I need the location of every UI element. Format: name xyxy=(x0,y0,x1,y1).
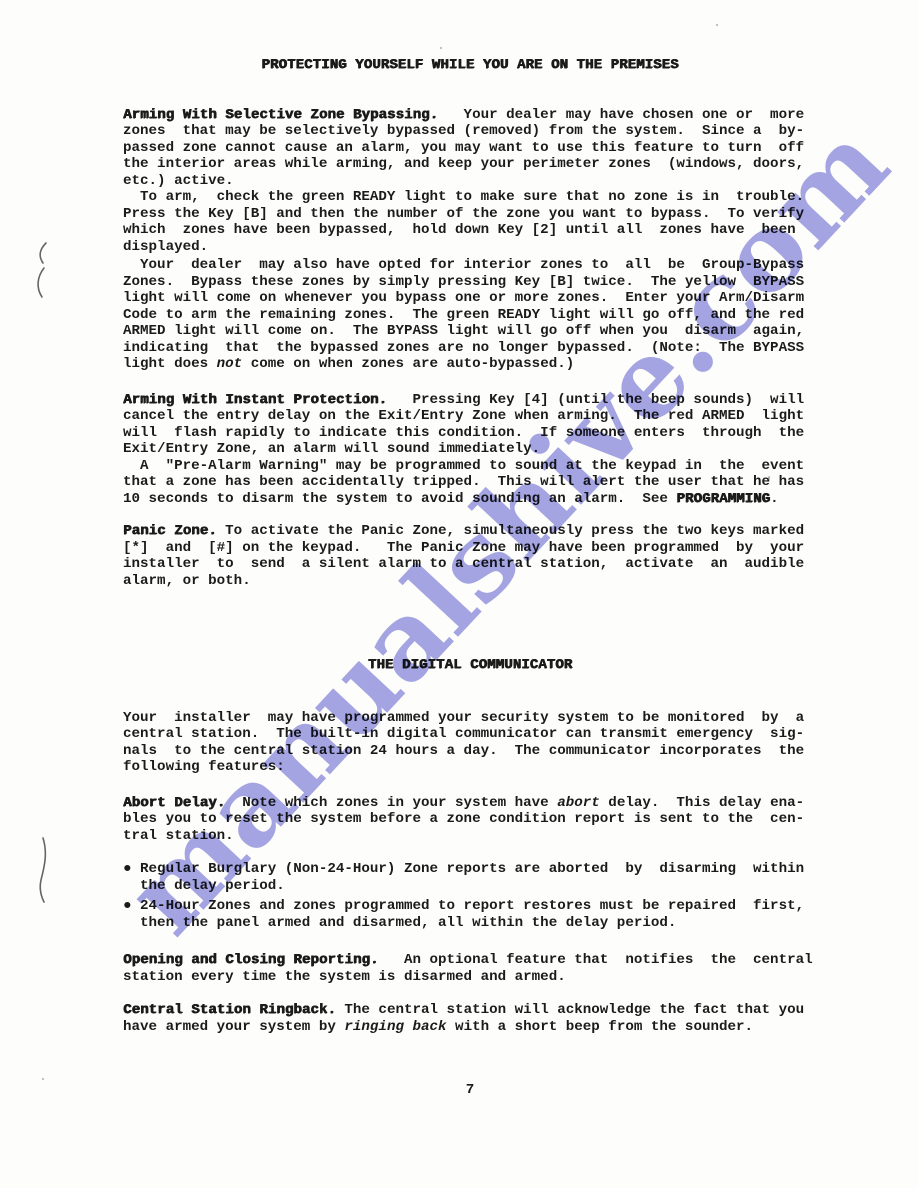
text-line: the interior areas while arming, and kee… xyxy=(123,156,817,173)
para-opening-closing-reporting: Opening and Closing Reporting. An option… xyxy=(123,952,817,985)
scan-speck xyxy=(42,1078,44,1080)
document-body: Arming With Selective Zone Bypassing. Yo… xyxy=(123,107,817,1036)
bullet-24-hour-zones: ● 24-Hour Zones and zones programmed to … xyxy=(123,898,817,931)
text-line: ● 24-Hour Zones and zones programmed to … xyxy=(123,898,817,915)
para-arming-selective-zone-bypassing: Arming With Selective Zone Bypassing. Yo… xyxy=(123,107,817,190)
text-line: zones that may be selectively bypassed (… xyxy=(123,123,817,140)
para-to-arm: To arm, check the green READY light to m… xyxy=(123,189,817,255)
text-line: indicating that the bypassed zones are n… xyxy=(123,340,817,357)
text-line: Opening and Closing Reporting. An option… xyxy=(123,952,817,969)
scan-speck xyxy=(716,24,718,26)
text-line: ARMED light will come on. The BYPASS lig… xyxy=(123,323,817,340)
text-line: which zones have been bypassed, hold dow… xyxy=(123,222,817,239)
text-line: Zones. Bypass these zones by simply pres… xyxy=(123,274,817,291)
document-column: PROTECTING YOURSELF WHILE YOU ARE ON THE… xyxy=(123,57,817,1099)
text-line: THE DIGITAL COMMUNICATOR xyxy=(123,657,817,674)
para-panic-zone: Panic Zone. To activate the Panic Zone, … xyxy=(123,523,817,589)
text-line: Arming With Selective Zone Bypassing. Yo… xyxy=(123,107,817,124)
para-installer-central-station: Your installer may have programmed your … xyxy=(123,710,817,776)
text-line: 10 seconds to disarm the system to avoid… xyxy=(123,491,817,508)
text-line: light will come on whenever you bypass o… xyxy=(123,290,817,307)
text-line: light does not come on when zones are au… xyxy=(123,356,817,373)
text-line: then the panel armed and disarmed, all w… xyxy=(123,915,817,932)
text-line: displayed. xyxy=(123,239,817,256)
text-line: the delay period. xyxy=(123,878,817,895)
text-line: To arm, check the green READY light to m… xyxy=(123,189,817,206)
para-pre-alarm-warning: A "Pre-Alarm Warning" may be programmed … xyxy=(123,458,817,508)
text-line: Your installer may have programmed your … xyxy=(123,710,817,727)
para-abort-delay: Abort Delay. Note which zones in your sy… xyxy=(123,795,817,845)
text-line: following features: xyxy=(123,759,817,776)
bullet-regular-burglary: ● Regular Burglary (Non-24-Hour) Zone re… xyxy=(123,861,817,894)
para-arming-instant-protection: Arming With Instant Protection. Pressing… xyxy=(123,392,817,458)
text-line: have armed your system by ringing back w… xyxy=(123,1019,817,1036)
pen-mark-upper-2 xyxy=(38,268,44,297)
text-line: etc.) active. xyxy=(123,173,817,190)
text-line: Code to arm the remaining zones. The gre… xyxy=(123,307,817,324)
text-line: alarm, or both. xyxy=(123,573,817,590)
pen-mark-lower xyxy=(40,838,45,902)
text-line: cancel the entry delay on the Exit/Entry… xyxy=(123,408,817,425)
text-line: nals to the central station 24 hours a d… xyxy=(123,743,817,760)
text-line: Exit/Entry Zone, an alarm will sound imm… xyxy=(123,441,817,458)
scanned-manual-page: PROTECTING YOURSELF WHILE YOU ARE ON THE… xyxy=(0,0,918,1188)
text-line: Your dealer may also have opted for inte… xyxy=(123,257,817,274)
text-line: Press the Key [B] and then the number of… xyxy=(123,206,817,223)
pen-mark-upper-1 xyxy=(40,243,46,263)
text-line: that a zone has been accidentally trippe… xyxy=(123,474,817,491)
text-line: [*] and [#] on the keypad. The Panic Zon… xyxy=(123,540,817,557)
scan-speck xyxy=(440,47,442,49)
text-line: A "Pre-Alarm Warning" may be programmed … xyxy=(123,458,817,475)
para-central-station-ringback: Central Station Ringback. The central st… xyxy=(123,1002,817,1035)
para-group-bypass-zones: Your dealer may also have opted for inte… xyxy=(123,257,817,373)
text-line: passed zone cannot cause an alarm, you m… xyxy=(123,140,817,157)
text-line: Abort Delay. Note which zones in your sy… xyxy=(123,795,817,812)
text-line: central station. The built-in digital co… xyxy=(123,726,817,743)
text-line: station every time the system is disarme… xyxy=(123,969,817,986)
page-title: PROTECTING YOURSELF WHILE YOU ARE ON THE… xyxy=(123,57,817,74)
section-heading-digital-communicator: THE DIGITAL COMMUNICATOR xyxy=(123,657,817,674)
text-line: ● Regular Burglary (Non-24-Hour) Zone re… xyxy=(123,861,817,878)
scan-speck xyxy=(768,476,770,480)
text-line: Arming With Instant Protection. Pressing… xyxy=(123,392,817,409)
page-number: 7 xyxy=(123,1082,817,1099)
text-line: will flash rapidly to indicate this cond… xyxy=(123,425,817,442)
text-line: tral station. xyxy=(123,828,817,845)
text-line: Central Station Ringback. The central st… xyxy=(123,1002,817,1019)
text-line: installer to send a silent alarm to a ce… xyxy=(123,556,817,573)
text-line: bles you to reset the system before a zo… xyxy=(123,811,817,828)
text-line: Panic Zone. To activate the Panic Zone, … xyxy=(123,523,817,540)
